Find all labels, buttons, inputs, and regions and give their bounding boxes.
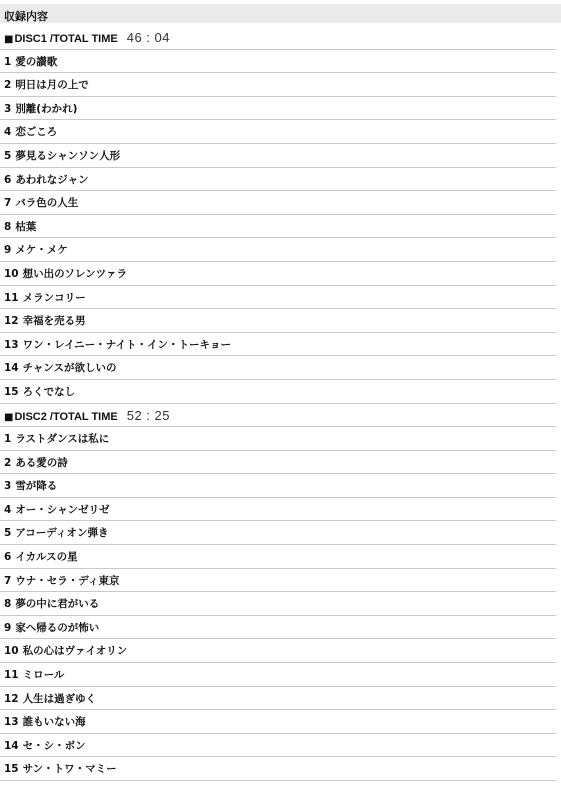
track-title: チャンスが欲しいの	[23, 362, 117, 374]
track-row: 3別離(わかれ)	[0, 97, 556, 121]
track-row: 11メランコリー	[0, 286, 556, 310]
track-row: 7バラ色の人生	[0, 191, 556, 215]
track-title: ろくでなし	[23, 386, 76, 398]
track-number: 15	[4, 386, 19, 398]
track-number: 8	[4, 598, 11, 610]
section-header: 収録内容	[0, 4, 561, 23]
track-row: 2ある愛の詩	[0, 451, 556, 475]
track-row: 14チャンスが欲しいの	[0, 356, 556, 380]
track-title: 幸福を売る男	[23, 315, 86, 327]
square-bullet-icon: ■	[4, 412, 13, 423]
track-title: オー・シャンゼリゼ	[15, 504, 109, 516]
track-number: 10	[4, 268, 19, 280]
track-row: 10私の心はヴァイオリン	[0, 639, 556, 663]
track-number: 7	[4, 575, 11, 587]
track-number: 1	[4, 56, 11, 68]
tracklist: ■DISC1 /TOTAL TIME46 : 04 1愛の讃歌 2明日は月の上で…	[0, 26, 556, 781]
track-title: 夢の中に君がいる	[15, 598, 99, 610]
track-row: 8枯葉	[0, 215, 556, 239]
track-number: 11	[4, 669, 19, 681]
track-row: 1ラストダンスは私に	[0, 427, 556, 451]
track-number: 12	[4, 315, 19, 327]
track-title: 家へ帰るのが怖い	[15, 622, 99, 634]
track-number: 13	[4, 339, 19, 351]
track-number: 6	[4, 551, 11, 563]
track-title: ワン・レイニー・ナイト・イン・トーキョー	[23, 339, 231, 351]
track-title: あわれなジャン	[15, 174, 88, 186]
track-row: 1愛の讃歌	[0, 50, 556, 74]
square-bullet-icon: ■	[4, 34, 13, 45]
track-number: 13	[4, 716, 19, 728]
track-row: 6イカルスの星	[0, 545, 556, 569]
track-row: 4恋ごころ	[0, 120, 556, 144]
track-title: ミロール	[23, 669, 65, 681]
track-row: 13ワン・レイニー・ナイト・イン・トーキョー	[0, 333, 556, 357]
track-row: 5アコーディオン弾き	[0, 521, 556, 545]
track-number: 6	[4, 174, 11, 186]
track-number: 11	[4, 292, 19, 304]
track-title: メランコリー	[23, 292, 86, 304]
track-row: 3雪が降る	[0, 474, 556, 498]
track-row: 9メケ・メケ	[0, 238, 556, 262]
track-title: ある愛の詩	[15, 457, 68, 469]
track-number: 9	[4, 622, 11, 634]
disc-label: DISC2 /TOTAL TIME	[14, 411, 117, 423]
disc-label: DISC1 /TOTAL TIME	[14, 33, 117, 45]
track-number: 9	[4, 244, 11, 256]
disc-total-time: 46 : 04	[127, 30, 170, 45]
track-number: 5	[4, 527, 11, 539]
track-title: 人生は過ぎゆく	[23, 693, 97, 705]
track-number: 4	[4, 126, 11, 138]
track-title: 明日は月の上で	[15, 79, 89, 91]
track-row: 13誰もいない海	[0, 710, 556, 734]
track-number: 14	[4, 362, 19, 374]
disc-header-2: ■DISC2 /TOTAL TIME52 : 25	[0, 404, 556, 428]
track-row: 7ウナ・セラ・ディ東京	[0, 569, 556, 593]
track-row: 10想い出のソレンツァラ	[0, 262, 556, 286]
track-number: 2	[4, 457, 11, 469]
track-number: 3	[4, 480, 11, 492]
track-row: 2明日は月の上で	[0, 73, 556, 97]
track-title: サン・トワ・マミー	[23, 763, 117, 775]
track-title: 私の心はヴァイオリン	[23, 645, 128, 657]
track-title: イカルスの星	[15, 551, 77, 563]
track-title: 愛の讃歌	[15, 56, 57, 68]
track-title: 雪が降る	[15, 480, 57, 492]
track-title: ラストダンスは私に	[15, 433, 109, 445]
track-number: 8	[4, 221, 11, 233]
track-number: 2	[4, 79, 11, 91]
track-title: セ・シ・ボン	[23, 740, 86, 752]
disc-header-1: ■DISC1 /TOTAL TIME46 : 04	[0, 26, 556, 50]
track-title: 恋ごころ	[15, 126, 57, 138]
track-row: 14セ・シ・ボン	[0, 734, 556, 758]
track-number: 12	[4, 693, 19, 705]
track-number: 14	[4, 740, 19, 752]
track-number: 4	[4, 504, 11, 516]
track-title: 誰もいない海	[23, 716, 86, 728]
track-title: バラ色の人生	[15, 197, 78, 209]
track-number: 5	[4, 150, 11, 162]
track-number: 3	[4, 103, 11, 115]
section-title: 収録内容	[4, 9, 48, 25]
track-row: 12人生は過ぎゆく	[0, 687, 556, 711]
track-number: 15	[4, 763, 19, 775]
track-title: メケ・メケ	[15, 244, 68, 256]
track-number: 7	[4, 197, 11, 209]
track-number: 1	[4, 433, 11, 445]
track-row: 11ミロール	[0, 663, 556, 687]
track-row: 6あわれなジャン	[0, 168, 556, 192]
track-title: ウナ・セラ・ディ東京	[15, 575, 119, 587]
track-title: 枯葉	[15, 221, 36, 233]
track-row: 9家へ帰るのが怖い	[0, 616, 556, 640]
track-row: 4オー・シャンゼリゼ	[0, 498, 556, 522]
track-row: 12幸福を売る男	[0, 309, 556, 333]
disc-total-time: 52 : 25	[127, 408, 170, 423]
track-row: 15サン・トワ・マミー	[0, 757, 556, 781]
track-title: 想い出のソレンツァラ	[23, 268, 127, 280]
track-title: 夢見るシャンソン人形	[15, 150, 120, 162]
track-row: 8夢の中に君がいる	[0, 592, 556, 616]
track-title: 別離(わかれ)	[15, 103, 77, 115]
track-row: 15ろくでなし	[0, 380, 556, 404]
track-row: 5夢見るシャンソン人形	[0, 144, 556, 168]
track-title: アコーディオン弾き	[15, 527, 108, 539]
track-number: 10	[4, 645, 19, 657]
